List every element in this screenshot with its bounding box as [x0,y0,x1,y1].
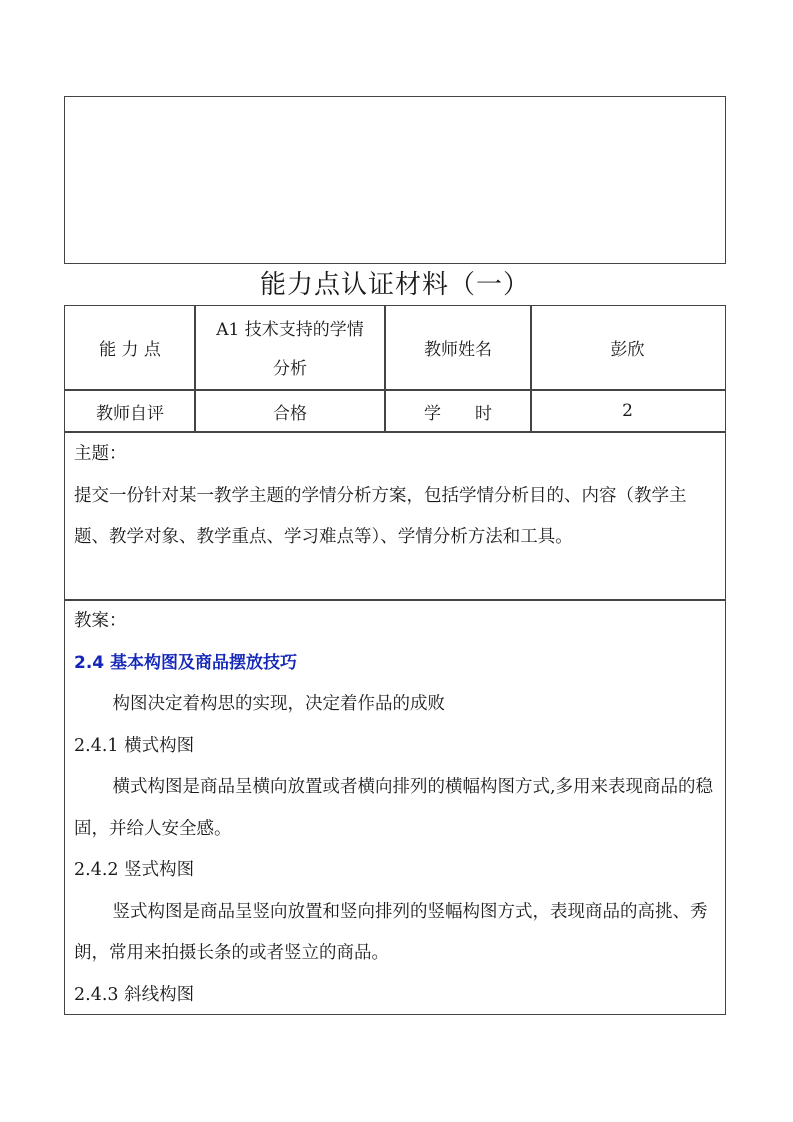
cell-teacher-name-label: 教师姓名 [385,306,531,389]
certification-table: 能 力 点 A1 技术支持的学情 分析 教师姓名 彭欣 教师自评 合格 学 时 … [64,305,726,1015]
document-title: 能力点认证材料（一） [64,264,726,306]
ability-value-line1: A1 技术支持的学情 [216,311,364,350]
theme-section: 主题： 提交一份针对某一教学主题的学情分析方案，包括学情分析目的、内容（教学主题… [74,434,716,559]
ability-label: 能 力 点 [99,335,161,360]
self-eval-value: 合格 [273,399,307,424]
cell-self-eval-label: 教师自评 [65,390,195,432]
lesson-plan-section: 教案： 2.4 基本构图及商品摆放技巧 构图决定着构思的实现，决定着作品的成败 … [74,601,716,1016]
cell-hours-value: 2 [531,390,724,432]
theme-label: 主题： [74,434,716,476]
subheading-vertical: 2.4.2 竖式构图 [74,850,716,892]
cell-hours-label: 学 时 [385,390,531,432]
empty-header-box [64,96,726,264]
hours-label: 学 时 [424,399,492,424]
ability-value-line2: 分析 [216,350,364,389]
cell-self-eval-value: 合格 [195,390,385,432]
teacher-name-label: 教师姓名 [424,335,492,360]
lesson-heading: 2.4 基本构图及商品摆放技巧 [74,643,716,685]
theme-body: 提交一份针对某一教学主题的学情分析方案，包括学情分析目的、内容（教学主题、教学对… [74,476,716,559]
teacher-name-value: 彭欣 [611,335,645,360]
cell-ability-value: A1 技术支持的学情 分析 [195,306,385,389]
hours-value: 2 [622,401,633,421]
paragraph-horizontal: 横式构图是商品呈横向放置或者横向排列的横幅构图方式,多用来表现商品的稳固，并给人… [74,767,716,850]
paragraph-vertical: 竖式构图是商品呈竖向放置和竖向排列的竖幅构图方式，表现商品的高挑、秀朗，常用来拍… [74,892,716,975]
self-eval-label: 教师自评 [96,399,164,424]
cell-ability-label: 能 力 点 [65,306,195,389]
subheading-horizontal: 2.4.1 横式构图 [74,726,716,768]
subheading-diagonal: 2.4.3 斜线构图 [74,975,716,1017]
paragraph-intro: 构图决定着构思的实现，决定着作品的成败 [74,684,716,726]
lesson-plan-label: 教案： [74,601,716,643]
cell-teacher-name-value: 彭欣 [531,306,724,389]
